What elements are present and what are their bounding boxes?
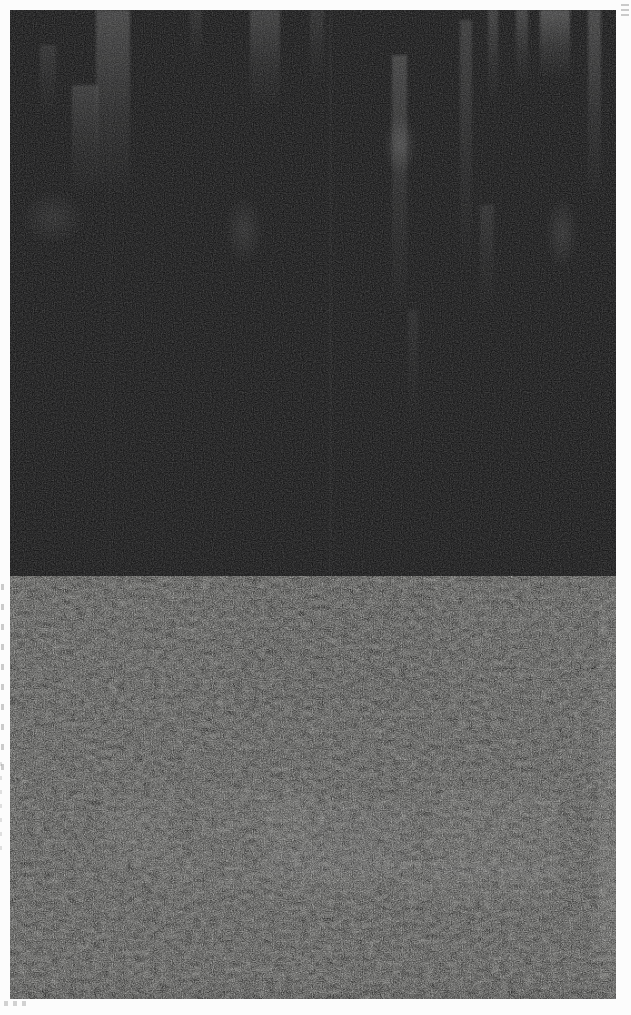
bottom-shadow-band [10,981,616,999]
ghost-impression [430,790,560,880]
margin-scan-artifact [621,2,629,16]
ghost-impression [195,785,315,845]
right-edge-speckle [598,530,616,990]
margin-scan-artifact [4,1001,28,1006]
ghost-impression [400,860,560,905]
margin-scan-artifact [1,580,4,770]
scanner-page-background [0,0,631,1015]
ghost-impression [160,855,380,895]
margin-scan-artifact [0,760,2,850]
ghost-impression-layer [10,10,616,999]
scanned-cover-image [10,10,616,999]
ghost-impression [105,795,175,870]
ghost-impression [265,800,415,880]
